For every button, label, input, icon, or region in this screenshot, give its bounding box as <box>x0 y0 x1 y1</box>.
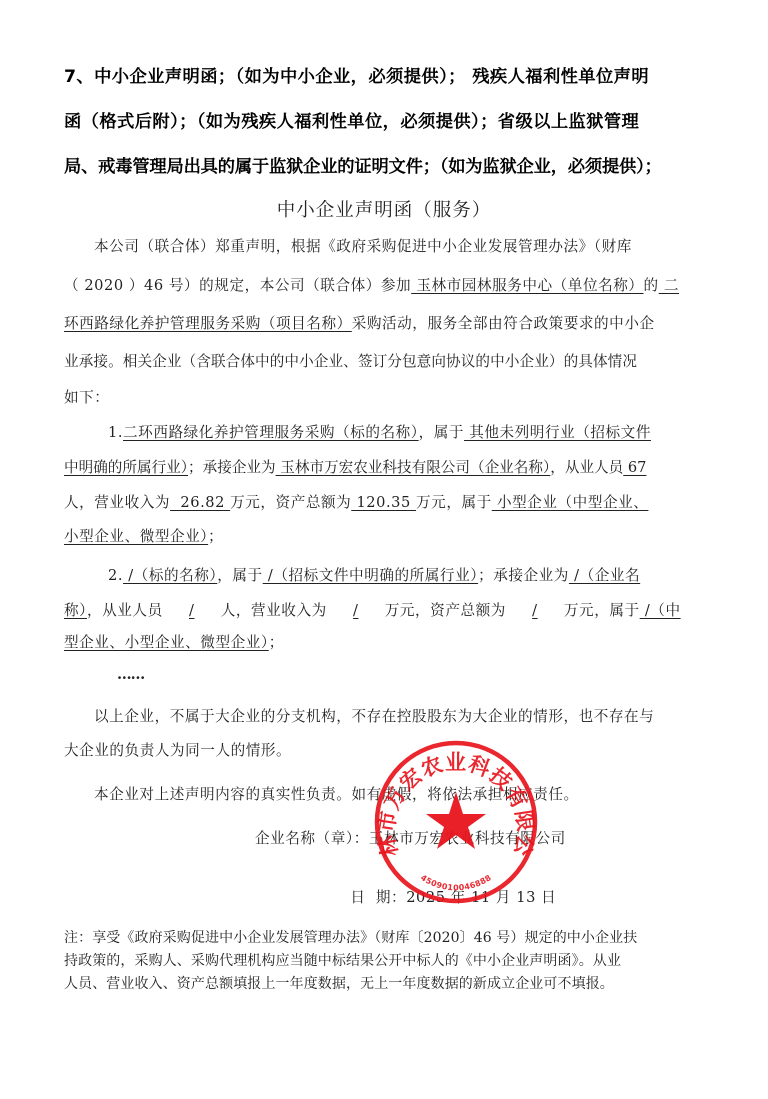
item2-line-2: 称），从业人员/人，营业收入为/万元，资产总额为/万元，属于 /（中 <box>64 604 681 619</box>
enterprise-size-field: 型企业、小型企业、微型企业） <box>64 634 269 651</box>
statement-line-2: 大企业的负责人为同一人的情形。 <box>64 744 291 759</box>
subject-name-field: 二环西路绿化养护管理服务采购（标的名称） <box>123 424 419 441</box>
intro-line-2: （ 2020 ）46 号）的规定，本公司（联合体）参加 玉林市园林服务中心（单位… <box>64 279 679 294</box>
statement-line-3: 本企业对上述声明内容的真实性负责。如有虚假，将依法承担相应责任。 <box>94 788 579 803</box>
item-text: ，属于 <box>419 424 464 441</box>
item-text: 万元，属于 <box>416 494 492 511</box>
subject-name-field: /（标的名称） <box>123 567 217 584</box>
revenue-field: / <box>327 604 385 619</box>
intro-text: 的 <box>644 277 659 294</box>
item-text: 万元，资产总额为 <box>230 494 351 511</box>
assets-field: 120.35 <box>351 494 416 511</box>
company-label: 企业名称（章）： <box>255 830 369 847</box>
item-text: 人，营业收入为 <box>221 602 327 619</box>
item-text: 万元，属于 <box>564 602 640 619</box>
intro-line-4: 业承接。相关企业（含联合体中的中小企业、签订分包意向协议的中小企业）的具体情况 <box>64 355 637 370</box>
enterprise-size-field: 小型企业、微型企业） <box>64 528 208 545</box>
page-title: 中小企业声明函（服务） <box>0 202 768 221</box>
intro-text: （ 2020 ）46 号）的规定，本公司（联合体）参加 <box>64 277 411 294</box>
item-text: ；承接企业为 <box>188 459 276 476</box>
company-name-field: /（企业名 <box>569 567 640 584</box>
ellipsis: …… <box>117 668 144 683</box>
requirement-line-2: 函（格式后附）；（如为残疾人福利性单位，必须提供）；省级以上监狱管理 <box>64 114 639 131</box>
item-text: 人，营业收入为 <box>64 494 170 511</box>
item-text: ，从业人员 <box>87 602 163 619</box>
intro-line-3: 环西路绿化养护管理服务采购（项目名称）采购活动，服务全部由符合政策要求的中小企 <box>64 317 655 332</box>
employees-field: / <box>163 604 221 619</box>
date-value: 2025 年 11 月 13 日 <box>406 889 556 906</box>
item-text: 万元，资产总额为 <box>385 602 506 619</box>
note-line-2: 持政策的，采购人、采购代理机构应当随中标结果公开中标人的《中小企业声明函》。从业 <box>64 954 621 968</box>
requirement-line-1: 7、中小企业声明函；（如为中小企业，必须提供）； 残疾人福利性单位声明 <box>64 69 649 86</box>
item-text: ，属于 <box>217 567 262 584</box>
unit-name-field: 玉林市园林服务中心（单位名称） <box>411 277 643 294</box>
date-label: 日 期： <box>350 889 406 906</box>
statement-line-1: 以上企业，不属于大企业的分支机构，不存在控股股东为大企业的情形，也不存在与 <box>94 710 654 725</box>
project-name-field: 环西路绿化养护管理服务采购（项目名称） <box>64 315 352 332</box>
employees-field: 67 <box>623 459 646 476</box>
company-name-field: 称） <box>64 602 87 619</box>
intro-line-5: 如下： <box>64 391 109 406</box>
enterprise-size-field: 小型企业（中型企业、 <box>492 494 649 511</box>
item-text: ，从业人员 <box>550 459 623 476</box>
enterprise-size-field: /（中 <box>640 602 681 619</box>
assets-field: / <box>506 604 564 619</box>
industry-field: 中明确的所属行业） <box>64 459 188 476</box>
item1-line-3: 人，营业收入为 26.82 万元，资产总额为 120.35 万元，属于 小型企业… <box>64 496 648 511</box>
item-text: ； <box>208 528 223 545</box>
note-line-3: 人员、营业收入、资产总额填报上一年度数据，无上一年度数据的新成立企业可不填报。 <box>64 977 614 991</box>
item1-line-4: 小型企业、微型企业）； <box>64 530 223 545</box>
note-line-1: 注：享受《政府采购促进中小企业发展管理办法》（财库〔2020〕46 号）规定的中… <box>64 931 637 945</box>
revenue-field: 26.82 <box>170 494 230 511</box>
item-text: ；承接企业为 <box>478 567 569 584</box>
item1-line-1: 1.二环西路绿化养护管理服务采购（标的名称），属于 其他未列明行业（招标文件 <box>108 426 651 441</box>
company-name: 玉林市万宏农业科技有限公司 <box>369 830 566 847</box>
item-number: 1. <box>108 424 123 441</box>
item2-line-3: 型企业、小型企业、微型企业）； <box>64 636 284 651</box>
signature-date: 日 期：2025 年 11 月 13 日 <box>340 876 556 905</box>
company-name-field: 玉林市万宏农业科技有限公司（企业名称） <box>276 459 551 476</box>
intro-line-1: 本公司（联合体）郑重声明，根据《政府采购促进中小企业发展管理办法》（财库 <box>94 240 632 255</box>
item1-line-2: 中明确的所属行业）；承接企业为 玉林市万宏农业科技有限公司（企业名称），从业人员… <box>64 461 646 476</box>
signature-company: 企业名称（章）：玉林市万宏农业科技有限公司 <box>255 832 566 847</box>
industry-field: 其他未列明行业（招标文件 <box>464 424 651 441</box>
project-name-field: 二 <box>659 277 679 294</box>
industry-field: /（招标文件中明确的所属行业） <box>263 567 478 584</box>
item-text: ； <box>269 634 284 651</box>
item2-line-1: 2. /（标的名称），属于 /（招标文件中明确的所属行业）；承接企业为 /（企业… <box>108 569 640 584</box>
intro-text: 采购活动，服务全部由符合政策要求的中小企 <box>352 315 655 332</box>
item-number: 2. <box>108 567 123 584</box>
requirement-line-3: 局、戒毒管理局出具的属于监狱企业的证明文件；（如为监狱企业，必须提供）； <box>64 159 662 176</box>
